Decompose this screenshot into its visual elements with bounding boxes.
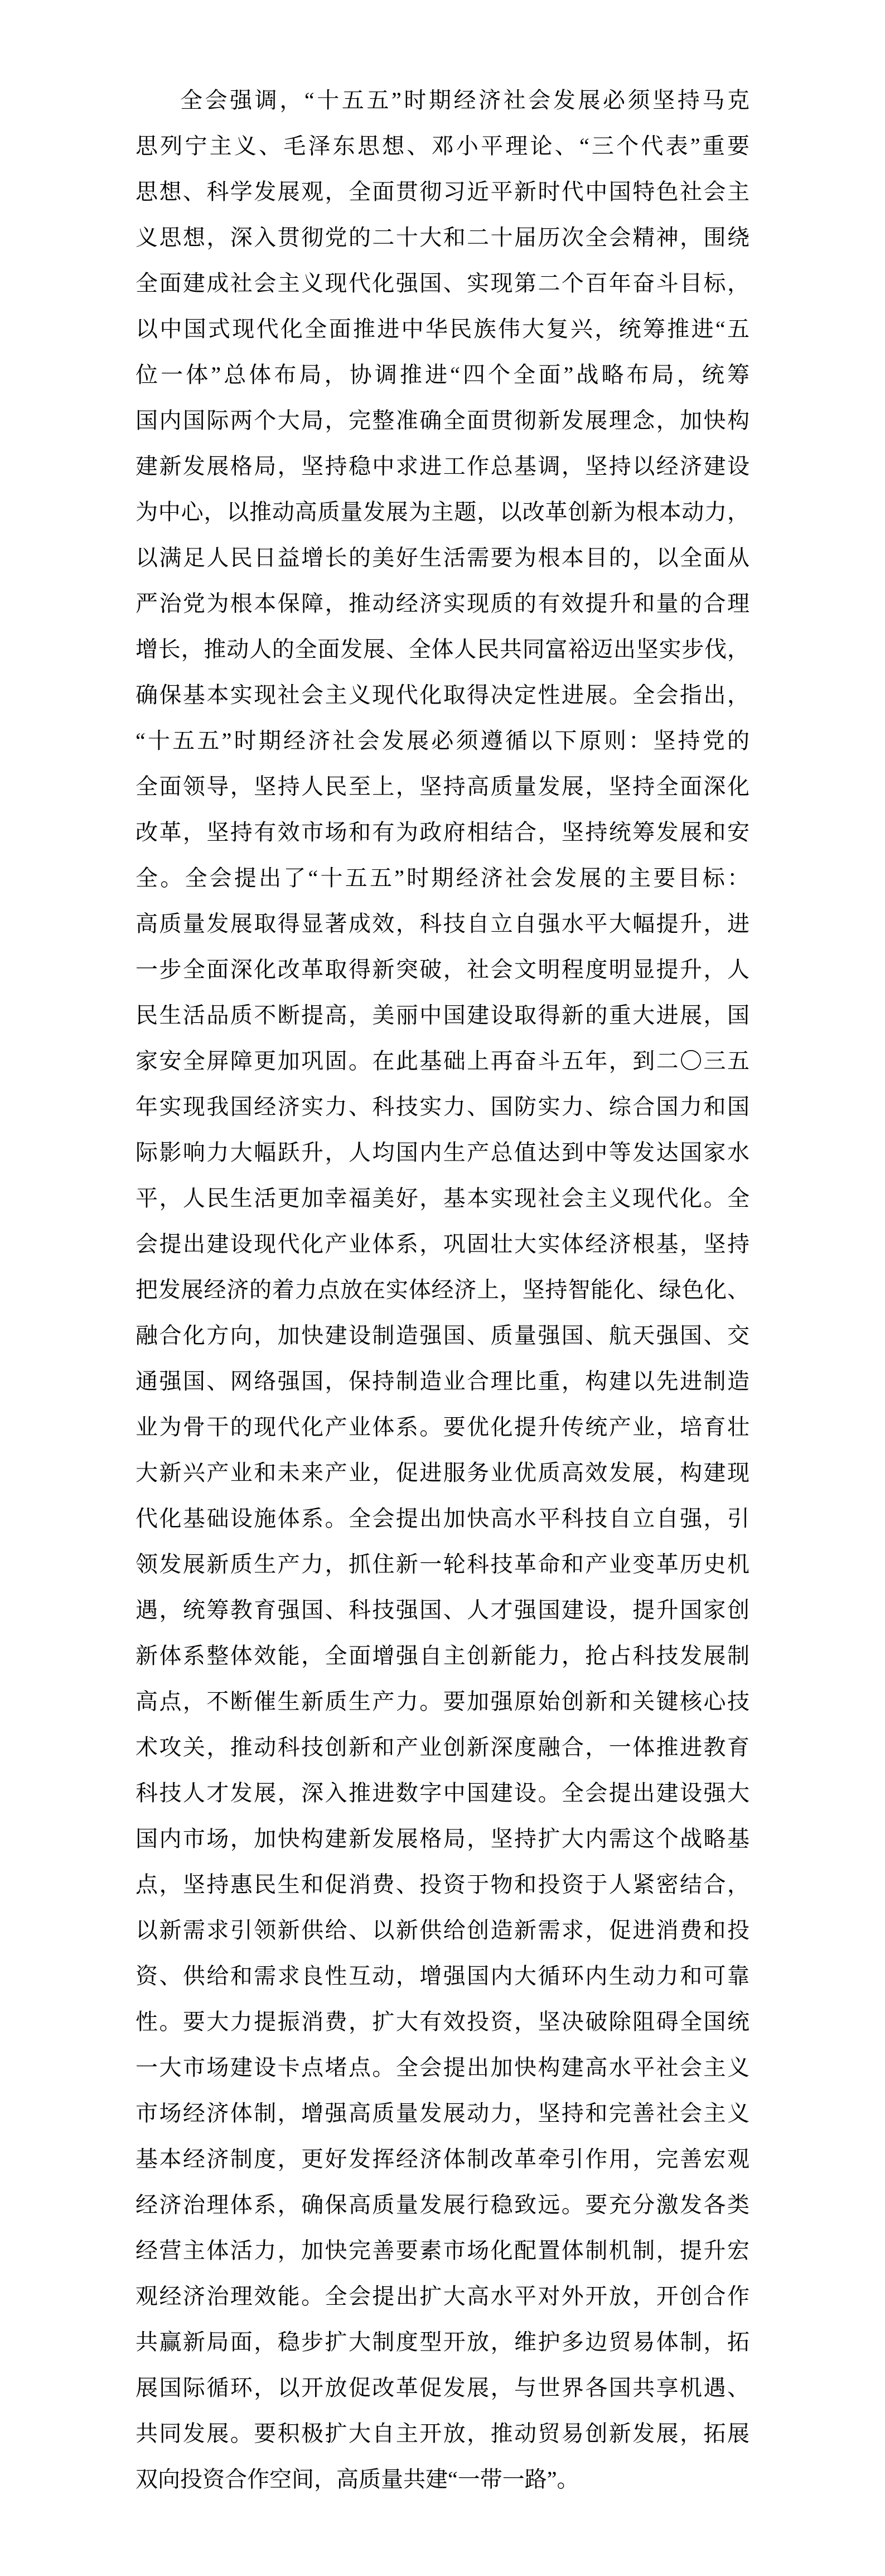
text-line: 经济治理体系，确保高质量发展行稳致远。要充分激发各类 [136, 2182, 749, 2228]
text-line: 一步全面深化改革取得新突破，社会文明程度明显提升，人 [136, 947, 749, 993]
text-line: 家安全屏障更加巩固。在此基础上再奋斗五年，到二〇三五 [136, 1038, 749, 1084]
text-line: 义思想，深入贯彻党的二十大和二十届历次全会精神，围绕 [136, 215, 749, 261]
text-line: 双向投资合作空间，高质量共建“一带一路”。 [136, 2457, 749, 2502]
text-line: 以新需求引领新供给、以新供给创造新需求，促进消费和投 [136, 1908, 749, 1953]
text-line: 领发展新质生产力，抓住新一轮科技革命和产业变革历史机 [136, 1542, 749, 1587]
text-line: 高质量发展取得显著成效，科技自立自强水平大幅提升，进 [136, 901, 749, 947]
text-line: 经营主体活力，加快完善要素市场化配置体制机制，提升宏 [136, 2228, 749, 2274]
text-line: 术攻关，推动科技创新和产业创新深度融合，一体推进教育 [136, 1725, 749, 1770]
text-line: 改革，坚持有效市场和有为政府相结合，坚持统筹发展和安 [136, 810, 749, 855]
text-line: 全面建成社会主义现代化强国、实现第二个百年奋斗目标， [136, 261, 749, 306]
text-line: 严治党为根本保障，推动经济实现质的有效提升和量的合理 [136, 581, 749, 627]
text-line: 年实现我国经济实力、科技实力、国防实力、综合国力和国 [136, 1084, 749, 1130]
text-line: 国内市场，加快构建新发展格局，坚持扩大内需这个战略基 [136, 1816, 749, 1862]
text-line: 高点，不断催生新质生产力。要加强原始创新和关键核心技 [136, 1679, 749, 1725]
document-page: 全会强调，“十五五”时期经济社会发展必须坚持马克思列宁主义、毛泽东思想、邓小平理… [0, 0, 885, 2576]
text-line: 遇，统筹教育强国、科技强国、人才强国建设，提升国家创 [136, 1587, 749, 1633]
text-line: 国内国际两个大局，完整准确全面贯彻新发展理念，加快构 [136, 398, 749, 444]
text-line: 点，坚持惠民生和促消费、投资于物和投资于人紧密结合， [136, 1862, 749, 1908]
text-line: 通强国、网络强国，保持制造业合理比重，构建以先进制造 [136, 1359, 749, 1404]
text-line: 共同发展。要积极扩大自主开放，推动贸易创新发展，拓展 [136, 2411, 749, 2457]
text-line: 思列宁主义、毛泽东思想、邓小平理论、“三个代表”重要 [136, 123, 749, 169]
text-line: 大新兴产业和未来产业，促进服务业优质高效发展，构建现 [136, 1450, 749, 1496]
text-line: 确保基本实现社会主义现代化取得决定性进展。全会指出， [136, 672, 749, 718]
text-line: 代化基础设施体系。全会提出加快高水平科技自立自强，引 [136, 1496, 749, 1542]
text-line: 为中心，以推动高质量发展为主题，以改革创新为根本动力， [136, 489, 749, 535]
text-line: 新体系整体效能，全面增强自主创新能力，抢占科技发展制 [136, 1633, 749, 1679]
text-line: 全会强调，“十五五”时期经济社会发展必须坚持马克 [136, 78, 749, 123]
text-line: 科技人才发展，深入推进数字中国建设。全会提出建设强大 [136, 1770, 749, 1816]
text-line: 际影响力大幅跃升，人均国内生产总值达到中等发达国家水 [136, 1130, 749, 1176]
text-line: 融合化方向，加快建设制造强国、质量强国、航天强国、交 [136, 1313, 749, 1359]
text-line: 性。要大力提振消费，扩大有效投资，坚决破除阻碍全国统 [136, 1999, 749, 2045]
text-line: 基本经济制度，更好发挥经济体制改革牵引作用，完善宏观 [136, 2136, 749, 2182]
text-line: 市场经济体制，增强高质量发展动力，坚持和完善社会主义 [136, 2091, 749, 2136]
text-line: 全。全会提出了“十五五”时期经济社会发展的主要目标： [136, 855, 749, 901]
text-line: 位一体”总体布局，协调推进“四个全面”战略布局，统筹 [136, 352, 749, 398]
text-line: 共赢新局面，稳步扩大制度型开放，维护多边贸易体制，拓 [136, 2319, 749, 2365]
communique-text-block: 全会强调，“十五五”时期经济社会发展必须坚持马克思列宁主义、毛泽东思想、邓小平理… [136, 78, 749, 2502]
text-line: 观经济治理效能。全会提出扩大高水平对外开放，开创合作 [136, 2274, 749, 2319]
text-line: 思想、科学发展观，全面贯彻习近平新时代中国特色社会主 [136, 169, 749, 215]
text-line: 全面领导，坚持人民至上，坚持高质量发展，坚持全面深化 [136, 764, 749, 810]
text-line: 以满足人民日益增长的美好生活需要为根本目的，以全面从 [136, 535, 749, 581]
text-line: 增长，推动人的全面发展、全体人民共同富裕迈出坚实步伐， [136, 627, 749, 672]
text-line: 一大市场建设卡点堵点。全会提出加快构建高水平社会主义 [136, 2045, 749, 2091]
text-line: 会提出建设现代化产业体系，巩固壮大实体经济根基，坚持 [136, 1221, 749, 1267]
text-line: 以中国式现代化全面推进中华民族伟大复兴，统筹推进“五 [136, 306, 749, 352]
text-line: 平，人民生活更加幸福美好，基本实现社会主义现代化。全 [136, 1176, 749, 1221]
text-line: “十五五”时期经济社会发展必须遵循以下原则：坚持党的 [136, 718, 749, 764]
text-line: 业为骨干的现代化产业体系。要优化提升传统产业，培育壮 [136, 1404, 749, 1450]
text-line: 展国际循环，以开放促改革促发展，与世界各国共享机遇、 [136, 2365, 749, 2411]
text-line: 把发展经济的着力点放在实体经济上，坚持智能化、绿色化、 [136, 1267, 749, 1313]
text-line: 建新发展格局，坚持稳中求进工作总基调，坚持以经济建设 [136, 444, 749, 489]
text-line: 资、供给和需求良性互动，增强国内大循环内生动力和可靠 [136, 1953, 749, 1999]
text-line: 民生活品质不断提高，美丽中国建设取得新的重大进展，国 [136, 993, 749, 1038]
